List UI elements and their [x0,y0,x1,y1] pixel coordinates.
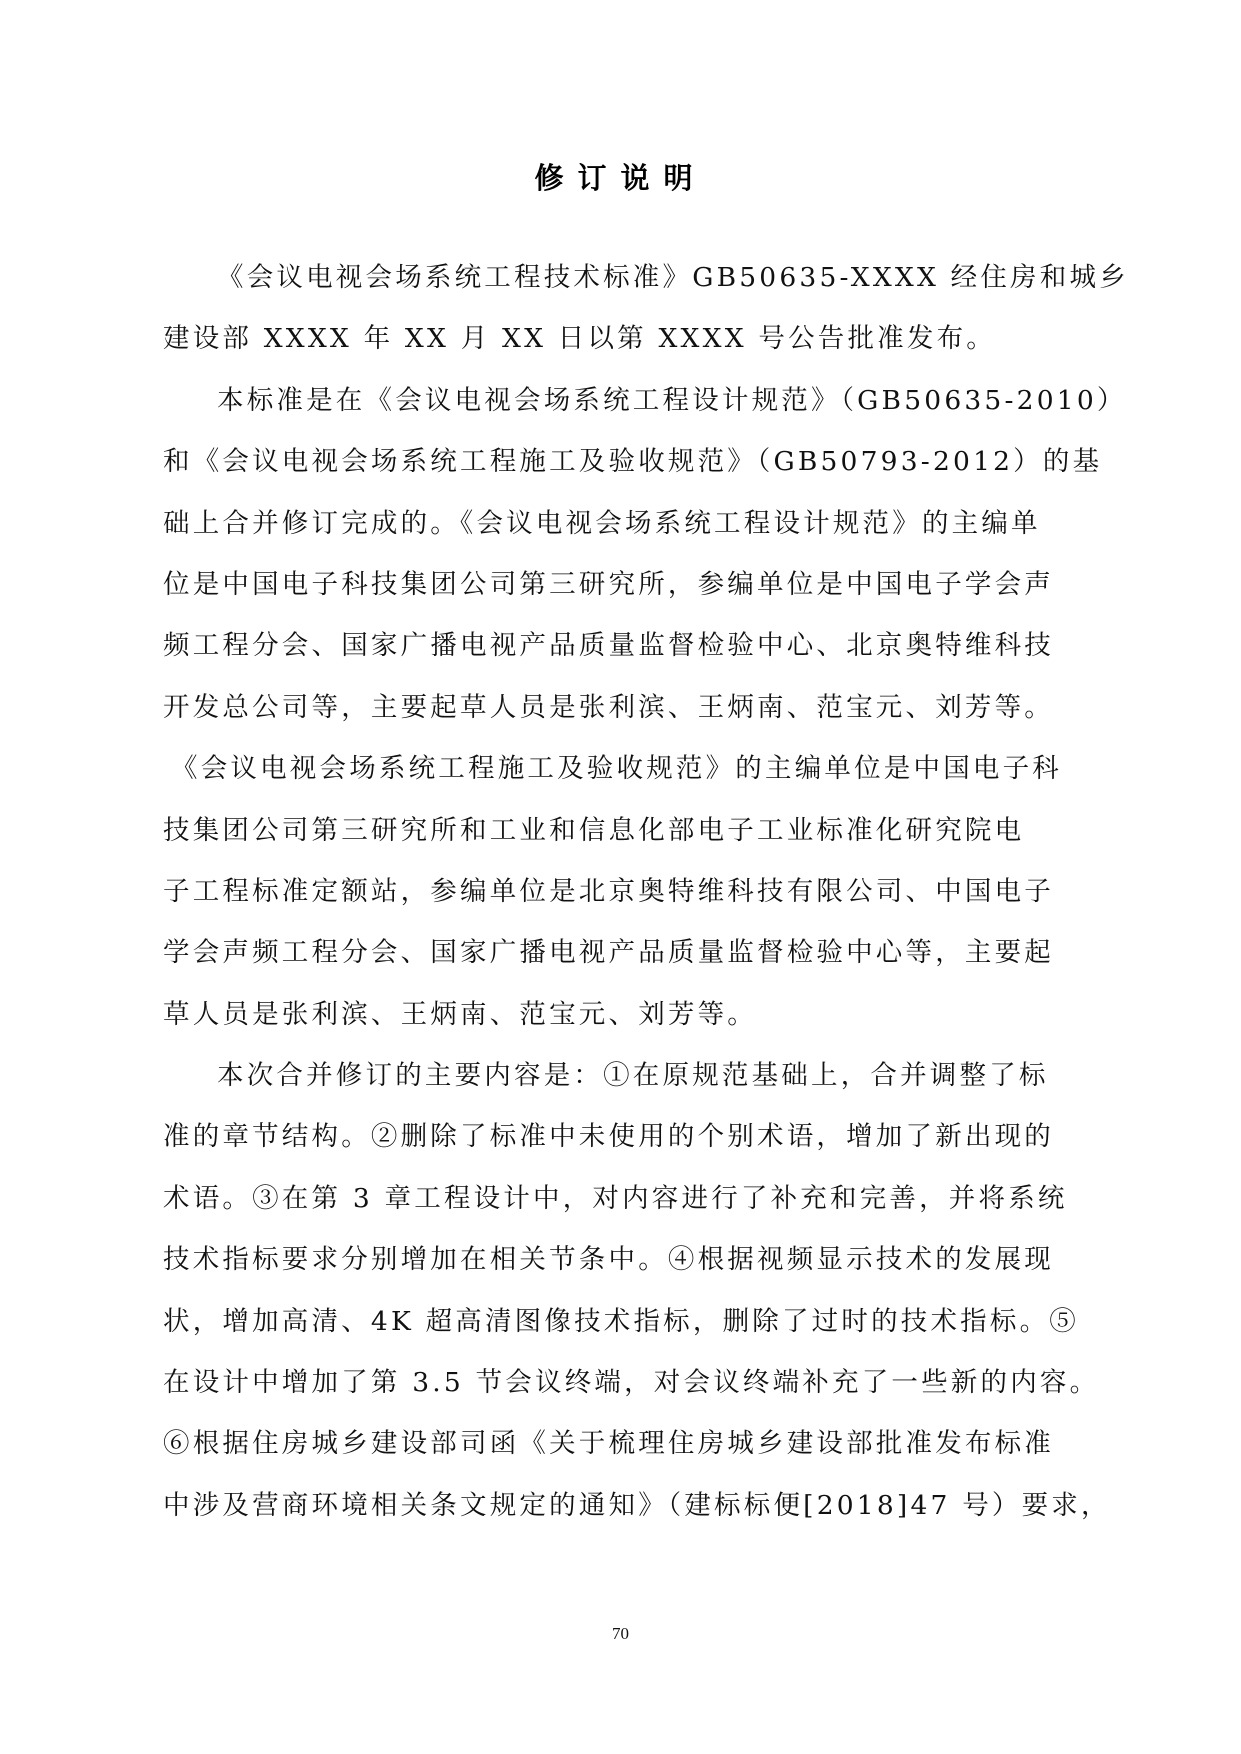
paragraph-3-line-7: ⑥根据住房城乡建设部司函《关于梳理住房城乡建设部批准发布标准 [163,1424,1083,1485]
paragraph-3-line-3: 术语。③在第 3 章工程设计中，对内容进行了补充和完善，并将系统 [163,1179,1083,1240]
paragraph-3-line-1: 本次合并修订的主要内容是：①在原规范基础上，合并调整了标 [163,1056,1083,1117]
paragraph-2-line-6: 开发总公司等，主要起草人员是张利滨、王炳南、范宝元、刘芳等。 [163,688,1083,749]
paragraph-2-line-7: 《会议电视会场系统工程施工及验收规范》的主编单位是中国电子科 [163,749,1083,810]
paragraph-3-line-6: 在设计中增加了第 3.5 节会议终端，对会议终端补充了一些新的内容。 [163,1363,1083,1424]
paragraph-2-line-9: 子工程标准定额站，参编单位是北京奥特维科技有限公司、中国电子 [163,872,1083,933]
paragraph-1-line-1: 《会议电视会场系统工程技术标准》GB50635-XXXX 经住房和城乡 [163,258,1083,319]
paragraph-3-line-2: 准的章节结构。②删除了标准中未使用的个别术语，增加了新出现的 [163,1117,1083,1178]
paragraph-2-line-2: 和《会议电视会场系统工程施工及验收规范》（GB50793-2012）的基 [163,442,1083,503]
page-number: 70 [0,1624,1241,1644]
paragraph-2-line-8: 技集团公司第三研究所和工业和信息化部电子工业标准化研究院电 [163,811,1083,872]
page-title: 修订说明 [0,158,1241,198]
paragraph-2-line-10: 学会声频工程分会、国家广播电视产品质量监督检验中心等，主要起 [163,933,1083,994]
paragraph-3-line-4: 技术指标要求分别增加在相关节条中。④根据视频显示技术的发展现 [163,1240,1083,1301]
paragraph-2-line-11: 草人员是张利滨、王炳南、范宝元、刘芳等。 [163,995,1083,1056]
paragraph-2-line-4: 位是中国电子科技集团公司第三研究所，参编单位是中国电子学会声 [163,565,1083,626]
paragraph-2-line-5: 频工程分会、国家广播电视产品质量监督检验中心、北京奥特维科技 [163,626,1083,687]
paragraph-3-line-8: 中涉及营商环境相关条文规定的通知》（建标标便[2018]47 号）要求， [163,1486,1083,1547]
paragraph-3-line-5: 状，增加高清、4K 超高清图像技术指标，删除了过时的技术指标。⑤ [163,1302,1083,1363]
document-body: 《会议电视会场系统工程技术标准》GB50635-XXXX 经住房和城乡 建设部 … [163,258,1083,1547]
document-page: 修订说明 《会议电视会场系统工程技术标准》GB50635-XXXX 经住房和城乡… [0,0,1241,1754]
paragraph-2-line-3: 础上合并修订完成的。《会议电视会场系统工程设计规范》的主编单 [163,504,1083,565]
paragraph-2-line-1: 本标准是在《会议电视会场系统工程设计规范》（GB50635-2010） [163,381,1083,442]
paragraph-1-line-2: 建设部 XXXX 年 XX 月 XX 日以第 XXXX 号公告批准发布。 [163,319,1083,380]
